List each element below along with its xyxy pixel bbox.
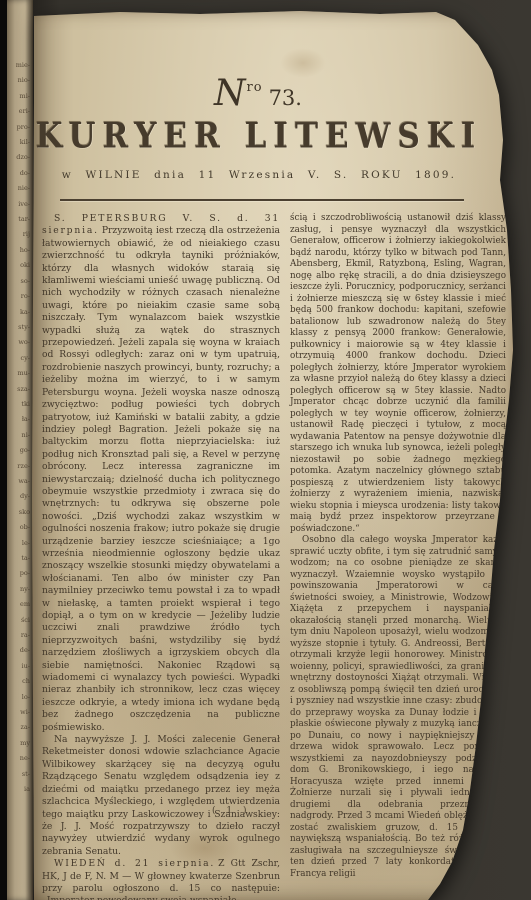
issue-number: 73.: [269, 86, 302, 110]
article-column-left: S. PETERSBURG V. S. d. 31 sierpnia.Przyz…: [42, 213, 280, 900]
masthead-title: KURYER LITEWSKI: [30, 116, 488, 156]
issue-number-line: Nro73.: [30, 76, 486, 112]
issue-superscript: ro: [247, 80, 263, 95]
masthead-dateline: w WILNIE dnia 11 Wrzesnia V. S. ROKU 180…: [30, 169, 488, 181]
army-feast-paragraph: Osobno dla całego woyska Jmperator kazał…: [290, 535, 506, 880]
newspaper-sheet-wrap: Nro73. KURYER LITEWSKI w WILNIE dnia 11 …: [0, 0, 531, 900]
page-number: ( 1 ): [212, 806, 250, 816]
issue-script-letter: N: [214, 73, 246, 114]
petersburg-article: S. PETERSBURG V. S. d. 31 sierpnia.Przyz…: [42, 213, 280, 734]
article-column-right: ścią i szczodrobliwością ustanowił dziś …: [290, 213, 506, 900]
article-columns: S. PETERSBURG V. S. d. 31 sierpnia.Przyz…: [42, 213, 506, 900]
wieden-article-dateline: WIEDEŃ d. 21 sierpnia.: [54, 858, 218, 869]
masthead-rule: [60, 199, 464, 201]
newspaper-page: Nro73. KURYER LITEWSKI w WILNIE dnia 11 …: [30, 8, 516, 900]
wieden-article-continuation: ścią i szczodrobliwością ustanowił dziś …: [290, 213, 506, 535]
wieden-article: WIEDEŃ d. 21 sierpnia.Z Gtt Zschr, HK, J…: [42, 858, 280, 900]
paper-stain: [280, 48, 326, 78]
senate-notice-paragraph: Na naywyższe J. J. Mości zalecenie Gener…: [42, 734, 280, 858]
petersburg-article-text: Przyzwoitą iest rzeczą dla ostrzeżenia ł…: [42, 225, 280, 732]
